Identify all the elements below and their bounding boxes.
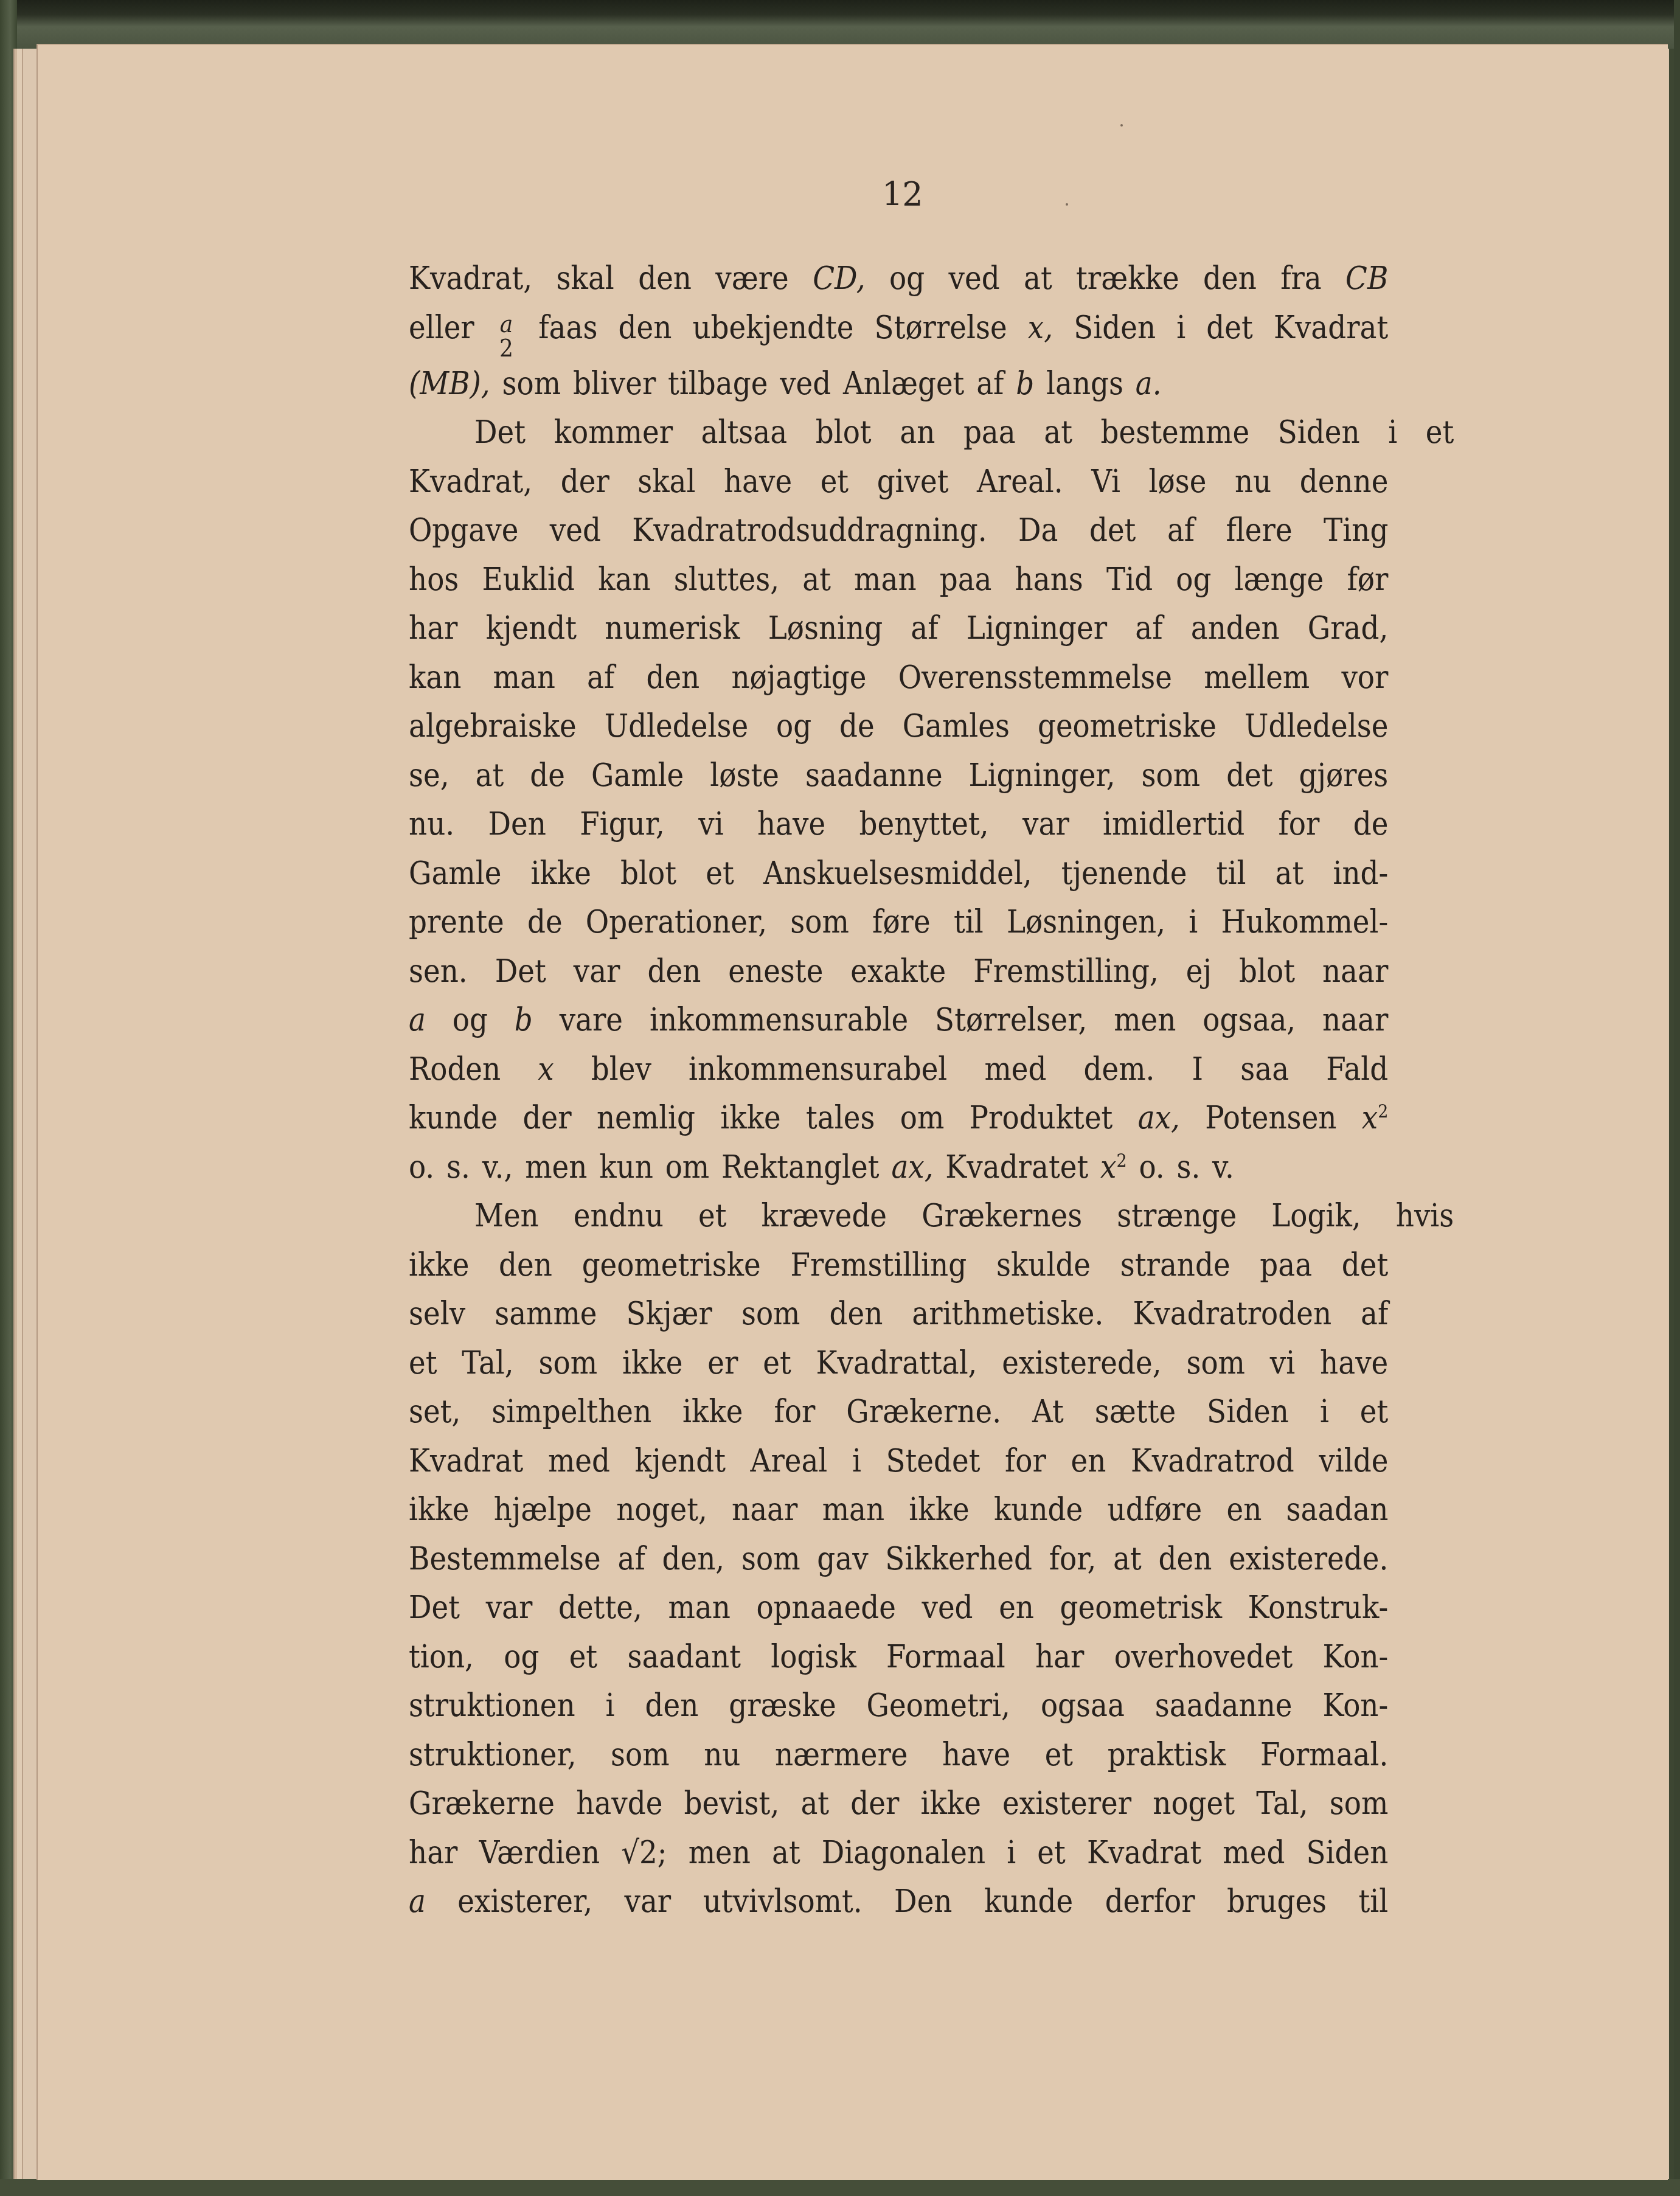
word: for, (1049, 1535, 1097, 1584)
word: eneste (728, 947, 823, 996)
word: af (976, 360, 1004, 409)
word: med (984, 1045, 1046, 1094)
word: være (715, 254, 789, 304)
word: nu (1235, 457, 1271, 507)
word: Ligninger (967, 604, 1107, 653)
text-line: Kvadrat,skaldenværeCD,ogvedattrækkedenfr… (409, 254, 1388, 304)
word: men (525, 1143, 587, 1192)
word: b (515, 996, 533, 1045)
word: at (1113, 1535, 1142, 1584)
word: græske (729, 1681, 836, 1731)
word: Diagonalen (822, 1829, 985, 1878)
word: Gamle (591, 751, 684, 801)
word: hjælpe (494, 1485, 592, 1535)
word: i (1189, 898, 1198, 947)
word: vi (698, 800, 723, 849)
word: for (1005, 1437, 1046, 1486)
text-line: kundedernemligikketalesomProduktetax,Pot… (409, 1094, 1388, 1143)
word: kun (599, 1143, 653, 1192)
word: et (821, 457, 849, 507)
word: ikke (409, 1241, 469, 1290)
word: Rektanglet (721, 1143, 880, 1192)
word: sen. (409, 947, 468, 996)
word: vi (1270, 1339, 1295, 1388)
word: Grækerne (409, 1779, 555, 1829)
word: nøjagtige (731, 653, 866, 703)
word: a. (1136, 360, 1162, 409)
word: have (1320, 1339, 1388, 1388)
word: hos (409, 555, 459, 605)
word: sætte (1095, 1388, 1176, 1437)
text-line: struktioner,somnunærmerehaveetpraktiskFo… (409, 1731, 1388, 1780)
word: et (763, 1339, 791, 1388)
word: Grækernes (922, 1192, 1082, 1241)
word: at (1024, 254, 1052, 304)
word: i (1388, 408, 1397, 457)
word: som (741, 1535, 800, 1584)
word: Skjær (627, 1290, 712, 1339)
word: har (1035, 1633, 1084, 1682)
word: Kvadrat, (409, 457, 532, 507)
word: det (1226, 751, 1272, 801)
word: man (854, 555, 916, 605)
word: Figur, (580, 800, 665, 849)
word: saa (1240, 1045, 1289, 1094)
word: har (409, 1829, 457, 1878)
word: af (618, 1535, 645, 1584)
word: Siden (1207, 1388, 1289, 1437)
word: og (776, 702, 811, 751)
word: x2 (1362, 1094, 1389, 1143)
word: denne (1300, 457, 1389, 507)
word: som (790, 898, 849, 947)
word: kjendt (635, 1437, 726, 1486)
word: selv (409, 1290, 465, 1339)
word: det (1089, 506, 1136, 555)
word: ikke (720, 1094, 780, 1143)
word: for (1278, 800, 1319, 849)
word: Formaal. (1260, 1731, 1388, 1780)
word: Fald (1326, 1045, 1388, 1094)
word: Produktet (970, 1094, 1113, 1143)
word: af (587, 653, 614, 703)
word: Kvadrattal, (816, 1339, 977, 1388)
word: kommer (554, 408, 673, 457)
word: den (645, 1681, 699, 1731)
word: At (1032, 1388, 1064, 1437)
word: Den (894, 1877, 952, 1927)
word: Areal. (977, 457, 1063, 507)
word: med (1223, 1829, 1285, 1878)
word: derfor (1105, 1877, 1195, 1927)
word: Formaal (886, 1633, 1005, 1682)
word: Kvadratrodsuddragning. (632, 506, 987, 555)
word: Tid (1106, 555, 1153, 605)
word: overhovedet (1114, 1633, 1293, 1682)
word: Konstruk- (1248, 1583, 1389, 1633)
word: nærmere (775, 1731, 908, 1780)
word: Gamle (409, 849, 501, 898)
word: Kvadratrod (1131, 1437, 1294, 1486)
word: en (999, 1583, 1034, 1633)
word: det (1342, 1241, 1388, 1290)
word: Overensstemmelse (898, 653, 1172, 703)
word: som (1142, 751, 1201, 801)
word: den (830, 1290, 883, 1339)
text-line: sen.DetvardenenesteexakteFremstilling,ej… (409, 947, 1388, 996)
word: v. (1212, 1143, 1234, 1192)
word: som (611, 1731, 670, 1780)
word: de (530, 751, 565, 801)
word: i (1007, 1829, 1016, 1878)
word: set, (409, 1388, 460, 1437)
word: hvis (1396, 1192, 1454, 1241)
word: og (1176, 555, 1211, 605)
word: saadanne (1155, 1681, 1293, 1731)
word: ej (1186, 947, 1212, 996)
word: naar (1322, 947, 1388, 996)
word: struktioner, (409, 1731, 577, 1780)
word: existerede, (1002, 1339, 1161, 1388)
word: man (493, 653, 555, 703)
word: I (1192, 1045, 1203, 1094)
word: løste (710, 751, 779, 801)
word: et (409, 1339, 437, 1388)
word: den (1159, 1535, 1212, 1584)
word: i (1176, 304, 1185, 353)
word: benyttet, (859, 800, 988, 849)
word: geometrisk (1060, 1583, 1222, 1633)
word: af (1135, 604, 1162, 653)
word: et (1426, 408, 1454, 457)
word: simpelthen (491, 1388, 651, 1437)
text-line: Grækernehavdebevist,atderikkeexistererno… (409, 1779, 1388, 1829)
word: (MB), (409, 360, 490, 409)
word: de (527, 898, 563, 947)
word: der (850, 1779, 899, 1829)
word: opnaaede (756, 1583, 895, 1633)
word: Operationer, (586, 898, 767, 947)
word: med (548, 1437, 610, 1486)
word: ikke (909, 1485, 969, 1535)
word: det (1206, 304, 1252, 353)
word: den (647, 947, 701, 996)
text-line: GamleikkeblotetAnskuelsesmiddel,tjenende… (409, 849, 1388, 898)
text-line: prentedeOperationer,somføretilLøsningen,… (409, 898, 1388, 947)
word: eller (409, 304, 474, 353)
word: x2 (1100, 1143, 1127, 1192)
word: tilbage (668, 360, 768, 409)
word: at (1044, 408, 1072, 457)
paper-speck (1120, 124, 1123, 127)
word: utvivlsomt. (703, 1877, 863, 1927)
word: som (741, 1290, 800, 1339)
word: ved (922, 1583, 973, 1633)
word: Roden (409, 1045, 501, 1094)
text-line: harVærdien√2;menatDiagonalenietKvadratme… (409, 1829, 1388, 1878)
word: Kvadrat (1087, 1829, 1201, 1878)
word: nu (704, 1731, 740, 1780)
word: til (1217, 849, 1246, 898)
word: Grad, (1308, 604, 1388, 653)
word: strænge (1117, 1192, 1237, 1241)
word: et (1360, 1388, 1389, 1437)
word: den (638, 254, 692, 304)
word: a (409, 1877, 426, 1927)
word: existerer, (457, 1877, 592, 1927)
word: imidlertid (1103, 800, 1244, 849)
word: ikke (921, 1779, 981, 1829)
book-cover-top (0, 0, 1680, 49)
word: kjendt (486, 604, 577, 653)
word: blot (816, 408, 872, 457)
word: o. (409, 1143, 434, 1192)
word: vor (1341, 653, 1388, 703)
word: skal (637, 457, 695, 507)
word: og (504, 1633, 539, 1682)
word: at (800, 1779, 829, 1829)
paper-speck (1066, 203, 1068, 206)
word: logisk (771, 1633, 856, 1682)
word: Tal, (462, 1339, 513, 1388)
word: Udledelse (605, 702, 748, 751)
word: Kvadratroden (1133, 1290, 1331, 1339)
text-line: algebraiskeUdledelseogdeGamlesgeometrisk… (409, 702, 1388, 751)
word: den, (662, 1535, 724, 1584)
text-line: set,simpelthenikkeforGrækerne.AtsætteSid… (409, 1388, 1388, 1437)
word: Tal, (1256, 1779, 1308, 1829)
word: til (954, 898, 984, 947)
text-line: etTal,somikkeeretKvadrattal,existerede,s… (409, 1339, 1388, 1388)
text-line: harkjendtnumeriskLøsningafLigningerafand… (409, 604, 1388, 653)
word: tjenende (1061, 849, 1187, 898)
word: arithmetiske. (912, 1290, 1103, 1339)
word: exakte (850, 947, 946, 996)
word: har (409, 604, 457, 653)
word: kunde (984, 1877, 1073, 1927)
word: Bestemmelse (409, 1535, 601, 1584)
word: og (889, 254, 925, 304)
word: et (1037, 1829, 1066, 1878)
word: om (900, 1094, 945, 1143)
word: i (606, 1681, 615, 1731)
word: et (569, 1633, 598, 1682)
word: geometriske (582, 1241, 761, 1290)
fraction-a-over-2: a 2 (499, 312, 513, 361)
word: Fremstilling, (973, 947, 1159, 996)
word: have (942, 1731, 1010, 1780)
word: Logik, (1271, 1192, 1361, 1241)
word: x (538, 1045, 554, 1094)
word: ikke (531, 849, 591, 898)
word: dem. (1084, 1045, 1155, 1094)
word: faas (538, 304, 597, 353)
word: der (561, 457, 609, 507)
word: fra (1280, 254, 1322, 304)
word: føre (872, 898, 931, 947)
word: existerede. (1229, 1535, 1388, 1584)
text-line-paragraph-start: MenendnuetkrævedeGrækernesstrængeLogik,h… (409, 1192, 1454, 1241)
word: de (839, 702, 875, 751)
word: man (822, 1485, 884, 1535)
word: Det (409, 1583, 460, 1633)
text-line: selvsammeSkjærsomdenarithmetiske.Kvadrat… (409, 1290, 1388, 1339)
word: ikke (682, 1388, 743, 1437)
word: skal (557, 254, 614, 304)
word: Størrelse (875, 304, 1007, 353)
word: anden (1191, 604, 1280, 653)
word: Kvadrat (1274, 304, 1388, 353)
word: var (486, 1583, 533, 1633)
word: af (911, 604, 938, 653)
word: der (523, 1094, 572, 1143)
word: Areal (751, 1437, 828, 1486)
word: paa (940, 555, 992, 605)
word: ax, (1138, 1094, 1180, 1143)
word: ved (780, 360, 831, 409)
word: at (1276, 849, 1304, 898)
word: Kon- (1322, 1681, 1388, 1731)
word: et (706, 849, 734, 898)
word: til (1359, 1877, 1389, 1927)
word: af (1361, 1290, 1388, 1339)
word: længe (1235, 555, 1324, 605)
text-line-with-fraction: eller a 2 faasdenubekjendteStørrelsex,Si… (409, 304, 1388, 360)
word: den (1203, 254, 1257, 304)
word: s. (1176, 1143, 1200, 1192)
word: bliver (573, 360, 656, 409)
word: at (476, 751, 504, 801)
word: Ting (1324, 506, 1388, 555)
word: inkommensurabel (689, 1045, 947, 1094)
word: den (499, 1241, 552, 1290)
word: Hukommel- (1221, 898, 1389, 947)
word: et (1045, 1731, 1074, 1780)
word: naar (732, 1485, 797, 1535)
word: ikke (622, 1339, 682, 1388)
word: at (772, 1829, 800, 1878)
word: Kvadrat (409, 1437, 523, 1486)
word: for (774, 1388, 815, 1437)
word: Gamles (903, 702, 1010, 751)
text-line: se,atdeGamleløstesaadanneLigninger,somde… (409, 751, 1388, 801)
word: Løsningen, (1007, 898, 1165, 947)
book-cover-right (1674, 0, 1680, 2196)
word: Løsning (768, 604, 883, 653)
word: Fremstilling (790, 1241, 967, 1290)
word: krævede (762, 1192, 887, 1241)
word: Anlæget (843, 360, 964, 409)
text-line: ikkehjælpenoget,naarmanikkekundeudføreen… (409, 1485, 1388, 1535)
word: bestemme (1101, 408, 1250, 457)
word: tales (806, 1094, 875, 1143)
word: bevist, (684, 1779, 780, 1829)
word: blev (591, 1045, 651, 1094)
text-line: aexisterer,varutvivlsomt.Denkundederforb… (409, 1877, 1388, 1927)
word: sluttes, (674, 555, 779, 605)
word: ikke (409, 1485, 469, 1535)
word: endnu (574, 1192, 664, 1241)
word: ved (550, 506, 601, 555)
word: CB (1345, 254, 1388, 304)
word: noget (1153, 1779, 1235, 1829)
word: Stedet (886, 1437, 980, 1486)
word: have (757, 800, 825, 849)
word: som (539, 1339, 598, 1388)
word: ubekjendte (692, 304, 853, 353)
word: Værdien (479, 1829, 600, 1878)
word: var (574, 947, 620, 996)
text-line: Detvardette,manopnaaedevedengeometriskKo… (409, 1583, 1388, 1633)
word: nemlig (597, 1094, 695, 1143)
word: s. (446, 1143, 470, 1192)
word: den (646, 653, 699, 703)
word: naar (1322, 996, 1388, 1045)
word: Vi (1091, 457, 1120, 507)
word: bruges (1227, 1877, 1327, 1927)
word: af (1167, 506, 1195, 555)
word: som (502, 360, 561, 409)
word: flere (1226, 506, 1293, 555)
text-line: OpgavevedKvadratrodsuddragning.Dadetaffl… (409, 506, 1388, 555)
word: have (724, 457, 792, 507)
word: Siden (1278, 408, 1360, 457)
word: altsaa (701, 408, 787, 457)
word: givet (877, 457, 949, 507)
word: som (1330, 1779, 1389, 1829)
word: Ligninger, (969, 751, 1116, 801)
word: paa (1260, 1241, 1312, 1290)
page-number: 12 (882, 175, 923, 214)
word: algebraiske (409, 702, 577, 751)
word: ind- (1333, 849, 1388, 898)
word: a (409, 996, 426, 1045)
word: Euklid (482, 555, 575, 605)
word: Kon- (1323, 1633, 1389, 1682)
word: men (1114, 996, 1176, 1045)
text-line: Rodenxblevinkommensurabelmeddem.IsaaFald (409, 1045, 1388, 1094)
word: existerer (1002, 1779, 1131, 1829)
word: Men (474, 1192, 539, 1241)
word: var (625, 1877, 672, 1927)
word: praktisk (1108, 1731, 1226, 1780)
word: man (668, 1583, 730, 1633)
word: Opgave (409, 506, 518, 555)
text-line: Kvadrat,derskalhaveetgivetAreal.Viløsenu… (409, 457, 1388, 507)
word: de (1353, 800, 1389, 849)
word: ogsaa (1041, 1681, 1125, 1731)
text-line: kanmanafdennøjagtigeOverensstemmelsemell… (409, 653, 1388, 703)
word: før (1347, 555, 1388, 605)
word: tion, (409, 1633, 474, 1682)
word: saadant (627, 1633, 741, 1682)
word: skulde (996, 1241, 1091, 1290)
word: Potensen (1205, 1094, 1336, 1143)
word: trække (1076, 254, 1179, 304)
word: kan (409, 653, 461, 703)
word: samme (495, 1290, 597, 1339)
word: noget, (616, 1485, 707, 1535)
word: Sikkerhed (885, 1535, 1032, 1584)
text-line: o.s.v.,menkunomRektangletax,Kvadratetx2o… (409, 1143, 1388, 1192)
word: at (802, 555, 831, 605)
word: blot (620, 849, 676, 898)
word: Størrelser, (935, 996, 1087, 1045)
word: struktionen (409, 1681, 575, 1731)
word: en (1071, 1437, 1106, 1486)
word: Geometri, (867, 1681, 1010, 1731)
word: paa (963, 408, 1016, 457)
